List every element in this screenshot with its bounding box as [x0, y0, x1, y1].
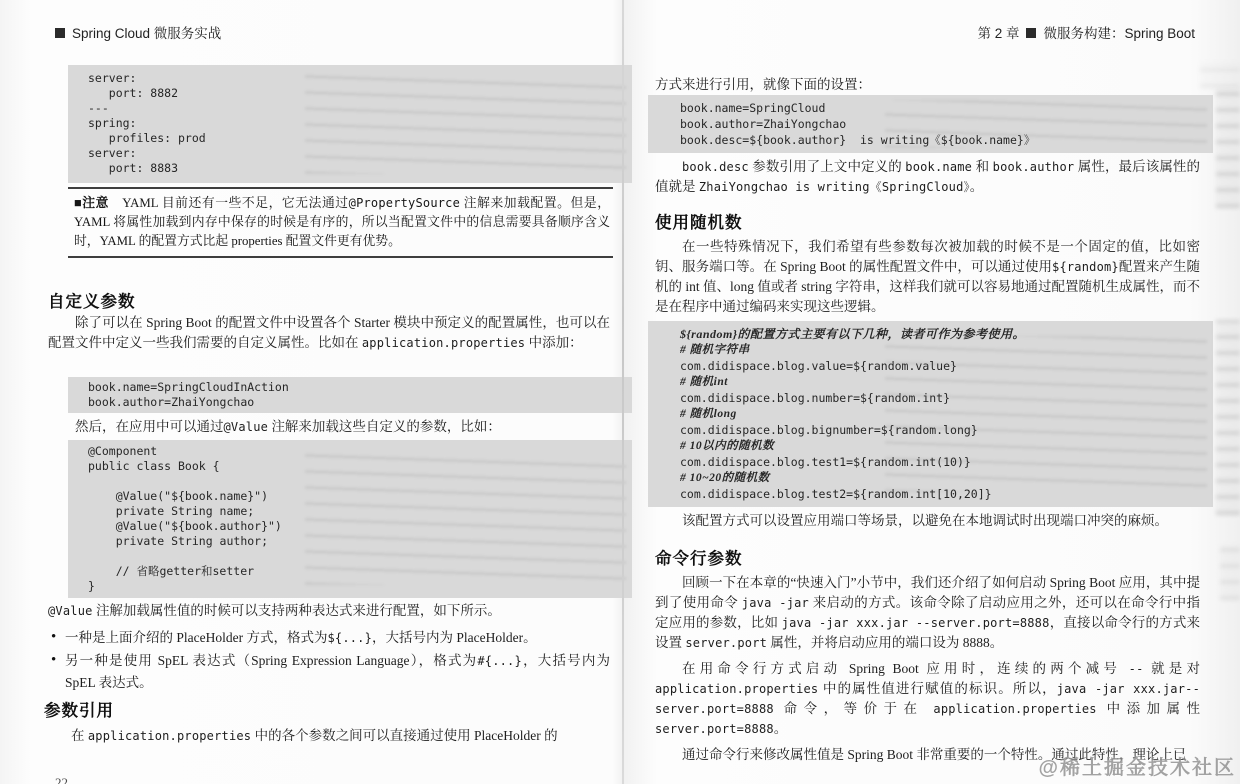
paragraph-two-expressions: @Value 注解加载属性值的时候可以支持两种表达式来进行配置，如下所示。: [48, 601, 610, 621]
paragraph-cmdline-2: 在用命令行方式启动 Spring Boot 应用时，连续的两个减号 -- 就是对…: [655, 659, 1200, 739]
running-head-left: Spring Cloud 微服务实战: [55, 22, 221, 42]
bullet-item-placeholder: 一种是上面介绍的 PlaceHolder 方式，格式为${...}，大括号内为 …: [50, 627, 610, 649]
bullet-list: 一种是上面介绍的 PlaceHolder 方式，格式为${...}，大括号内为 …: [50, 627, 610, 694]
section-heading-cmdline: 命令行参数: [655, 545, 743, 569]
note-box: ■注意 YAML 目前还有一些不足，它无法通过@PropertySource 注…: [68, 187, 613, 258]
code-block-book-class: @Component public class Book { @Value("$…: [68, 440, 632, 598]
running-head-right: 第 2 章微服务构建：Spring Boot: [977, 22, 1195, 42]
paragraph-continuation: 方式来进行引用，就像下面的设置：: [655, 75, 1200, 95]
running-head-right-title: 微服务构建：Spring Boot: [1043, 26, 1195, 41]
code-block-param-reference: book.name=SpringCloud book.author=ZhaiYo…: [648, 95, 1213, 153]
code-block-yaml-profiles: server: port: 8882 --- spring: profiles:…: [68, 65, 632, 183]
left-page: Spring Cloud 微服务实战 server: port: 8882 --…: [0, 0, 623, 784]
right-page: 第 2 章微服务构建：Spring Boot 方式来进行引用，就像下面的设置： …: [625, 0, 1240, 784]
paragraph-random-intro: 在一些特殊情况下，我们希望有些参数每次被加载的时候不是一个固定的值，比如密钥、服…: [655, 237, 1200, 317]
bullet-item-spel: 另一种是使用 SpEL 表达式（Spring Expression Langua…: [50, 650, 610, 693]
section-heading-param-reference: 参数引用: [44, 697, 114, 721]
book-scan: { "colors": { "code_block_bg": "#d9d9d9"…: [0, 0, 1240, 784]
paragraph-custom-intro: 除了可以在 Spring Boot 的配置文件中设置各个 Starter 模块中…: [48, 313, 610, 353]
page-number: 22: [55, 775, 68, 784]
watermark: @稀土掘金技术社区: [1038, 751, 1236, 780]
page-spine-divider: [622, 0, 624, 784]
book-square-icon: [55, 28, 65, 38]
section-heading-custom-params: 自定义参数: [48, 288, 136, 312]
section-heading-random: 使用随机数: [655, 209, 743, 233]
paragraph-random-usage: 该配置方式可以设置应用端口等场景，以避免在本地调试时出现端口冲突的麻烦。: [655, 511, 1200, 531]
running-head-chapter: 第 2 章: [977, 26, 1019, 41]
code-block-custom-props: book.name=SpringCloudInAction book.autho…: [68, 377, 632, 413]
paragraph-value-annotation: 然后，在应用中可以通过@Value 注解来加载这些自定义的参数，比如：: [48, 417, 610, 437]
paragraph-book-desc: book.desc 参数引用了上文中定义的 book.name 和 book.a…: [655, 157, 1200, 197]
paragraph-cmdline-1: 回顾一下在本章的“快速入门”小节中，我们还介绍了如何启动 Spring Boot…: [655, 573, 1200, 653]
chapter-square-icon: [1026, 28, 1036, 38]
running-head-left-title: Spring Cloud 微服务实战: [72, 26, 221, 41]
code-block-random: ${random}的配置方式主要有以下几种，读者可作为参考使用。# 随机字符串c…: [648, 321, 1213, 507]
paragraph-param-reference: 在 application.properties 中的各个参数之间可以直接通过使…: [44, 726, 606, 746]
